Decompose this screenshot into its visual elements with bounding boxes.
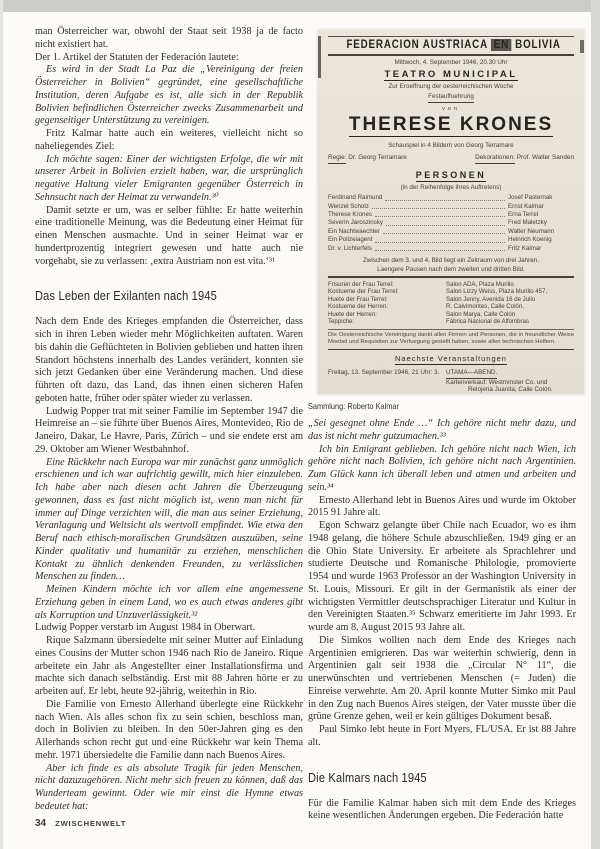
dotted-leader [383, 233, 505, 234]
cast-row: Ein NachtwaechterWalter Neumann [328, 228, 574, 236]
regie-credit: Regie: Dr. Georg Terramare [328, 154, 407, 164]
section-heading: Das Leben der Exilanten nach 1945 [35, 289, 271, 303]
credit-row: Huete der Frau Terrel:Salon Jenny, Aveni… [328, 296, 574, 304]
event-number: 3. [434, 369, 446, 377]
poster-rule [328, 54, 574, 56]
event-detail: Kartenverkauf: Westminster Co. und [434, 379, 574, 387]
credit-row: Teppiche:Fábrica Nacional de Alfombras [328, 318, 574, 326]
left-column: man Österreicher war, obwohl der Staat s… [35, 26, 303, 814]
quote-paragraph: Aber ich finde es als absolute Tragik fü… [35, 763, 303, 814]
federation-title-part: FEDERACION AUSTRIACA [346, 39, 487, 51]
fest-label: Festauffuehrung [428, 94, 474, 103]
paragraph: Egon Schwarz gelangte über Chile nach Ec… [308, 520, 576, 635]
quote-paragraph: Ich bin Emigrant geblieben. Ich gehöre n… [308, 444, 576, 495]
dotted-leader [372, 208, 505, 209]
page-footer: 34 ZWISCHENWELT [35, 818, 126, 829]
section-heading: Die Kalmars nach 1945 [308, 771, 544, 785]
venue-label: TEATRO MUNICIPAL [384, 70, 517, 82]
credit-row: Kostueme der Frau Terrel:Salon Lizzy Wei… [328, 288, 574, 296]
cast-role: Dr. v. Lichterfels [328, 245, 372, 253]
play-title-label: THERESE KRONES [349, 115, 553, 137]
supplier-credits: Frisuren der Frau Terrel:Salon ADA, Plaz… [328, 281, 574, 326]
scan-margin-left [0, 0, 3, 849]
event-body: 3.UTAMA—ABEND. Kartenverkauf: Westminste… [434, 369, 574, 394]
paragraph: Fritz Kalmar hatte auch ein weiteres, vi… [35, 128, 303, 154]
cast-role: Severin Jaroszinsky [328, 219, 383, 227]
right-column: FEDERACION AUSTRIACA EN BOLIVIA Mittwoch… [308, 26, 576, 823]
credits-line: Regie: Dr. Georg Terramare Dekorationen:… [328, 154, 574, 164]
credit-label: Kostueme der Frau Terrel: [328, 288, 446, 296]
personen-subheading: (in der Reihenfolge ihres Auftretens) [328, 184, 574, 192]
credit-value: Salon ADA, Plaza Murillo [446, 281, 574, 289]
theatre-playbill-image: FEDERACION AUSTRIACA EN BOLIVIA Mittwoch… [318, 30, 584, 394]
credit-label: Frisuren der Frau Terrel: [328, 281, 446, 289]
page-number: 34 [35, 818, 46, 829]
interval-note: Zwischen dem 3. und 4. Bild liegt ein Ze… [328, 257, 574, 265]
image-credit-caption: Sammlung: Roberto Kalmar [308, 402, 549, 411]
scan-margin-right [591, 0, 600, 849]
personen-heading: PERSONEN [328, 170, 574, 182]
cast-list: Ferdinand RaimundJosef Pasternak Wenzel … [328, 194, 574, 253]
personen-label: PERSONEN [416, 171, 487, 182]
event-date: Mittwoch, 4. September 1946, 20.30 Uhr [328, 59, 574, 67]
credit-label: Huete der Frau Terrel: [328, 296, 446, 304]
paragraph: man Österreicher war, obwohl der Staat s… [35, 26, 303, 52]
federation-title-part: BOLIVIA [515, 39, 561, 51]
next-events-heading: Naechste Veranstaltungen [328, 354, 574, 365]
cast-actor: Heinrich Koenig [508, 236, 574, 244]
deko-value: Prof. Walter Sanden [517, 154, 574, 161]
credit-label: Huete der Herren: [328, 311, 446, 319]
regie-label: Regie: [328, 155, 346, 164]
credit-value: R. Calvimontes, Calle Colón, [446, 303, 574, 311]
credit-row: Huete der Herren:Salon Marya, Calle Coló… [328, 311, 574, 319]
dotted-leader [386, 225, 505, 226]
credit-label: Kostueme der Herren: [328, 303, 446, 311]
quote-paragraph: Eine Rückkehr nach Europa war mir zunäch… [35, 457, 303, 585]
pause-note: Laengere Pausen nach dem zweiten und dri… [328, 266, 574, 274]
cast-row: Severin JaroszinskyFred Maletzky [328, 219, 574, 227]
regie-value: Dr. Georg Terramare [348, 154, 406, 161]
dotted-leader [385, 200, 505, 201]
cast-row: Wenzel ScholzErnst Kalmar [328, 203, 574, 211]
quote-paragraph: Es wird in der Stadt La Paz die „Vereini… [35, 64, 303, 128]
scan-artifact [318, 36, 321, 78]
dotted-leader [375, 242, 505, 243]
cast-role: Therese Krones [328, 211, 372, 219]
credit-row: Kostueme der Herren:R. Calvimontes, Call… [328, 303, 574, 311]
play-title: THERESE KRONES [328, 114, 574, 137]
scan-artifact [580, 40, 584, 53]
deko-label: Dekorationen: [475, 155, 515, 164]
cast-actor: Josef Pasternak [508, 194, 574, 202]
dotted-leader [375, 216, 505, 217]
cast-row: Dr. v. LichterfelsFritz Kalmar [328, 245, 574, 253]
cast-actor: Ernst Kalmar [508, 203, 574, 211]
paragraph: Der 1. Artikel der Statuten der Federaci… [35, 52, 303, 65]
cast-row: Therese KronesErna Terrel [328, 211, 574, 219]
deko-credit: Dekorationen: Prof. Walter Sanden [475, 154, 574, 164]
credit-row: Frisuren der Frau Terrel:Salon ADA, Plaz… [328, 281, 574, 289]
poster-rule [328, 276, 574, 278]
cast-row: Ein PolizeiagentHeinrich Koenig [328, 236, 574, 244]
paragraph: Die Familie von Ernesto Allerhand überle… [35, 699, 303, 763]
cast-actor: Fritz Kalmar [508, 245, 574, 253]
paragraph: Paul Simko lebt heute in Fort Myers, FL/… [308, 724, 576, 750]
event-title-line: 3.UTAMA—ABEND. [434, 369, 574, 379]
cast-actor: Walter Neumann [508, 228, 574, 236]
cast-row: Ferdinand RaimundJosef Pasternak [328, 194, 574, 202]
credit-value: Salon Jenny, Avenida 16 de Julio [446, 296, 574, 304]
venue-name: TEATRO MUNICIPAL [328, 69, 574, 82]
federation-title-highlight: EN [491, 39, 511, 51]
quote-paragraph: Ich möchte sagen: Einer der wichtigsten … [35, 154, 303, 205]
event-entry: Freitag, 13. September 1946, 21 Uhr: 3.U… [328, 369, 574, 394]
paragraph: Die Simkos wollten nach dem Ende des Kri… [308, 635, 576, 724]
quote-paragraph: „Sei gesegnet ohne Ende …“ Ich gehöre ni… [308, 418, 576, 444]
credit-value: Fábrica Nacional de Alfombras [446, 318, 574, 326]
poster-rule [328, 36, 574, 37]
event-title: UTAMA—ABEND. [446, 370, 497, 379]
next-events-label: Naechste Veranstaltungen [395, 355, 507, 365]
paragraph: Ludwig Popper trat mit seiner Familie im… [35, 406, 303, 457]
poster-rule [328, 329, 574, 330]
cast-role: Ein Nachtwaechter [328, 228, 380, 236]
cast-role: Wenzel Scholz [328, 203, 369, 211]
fest-line: Festauffuehrung [328, 93, 574, 103]
paragraph: Rique Salzmann übersiedelte mit seiner M… [35, 635, 303, 699]
von-line: von [328, 106, 574, 112]
dotted-leader [375, 250, 505, 251]
cast-actor: Erna Terrel [508, 211, 574, 219]
journal-name: ZWISCHENWELT [55, 819, 126, 828]
credit-value: Salon Lizzy Weiss, Plaza Murillo 457, [446, 288, 574, 296]
quote-paragraph: Meinen Kindern möchte ich vor allem eine… [35, 584, 303, 622]
paragraph: Nach dem Ende des Krieges empfanden die … [35, 316, 303, 405]
cast-actor: Fred Maletzky [508, 219, 574, 227]
event-date: Freitag, 13. September 1946, 21 Uhr: [328, 369, 434, 394]
event-detail: Relojeria Juanita, Calle Colón. [434, 386, 574, 394]
paragraph: Ernesto Allerhand lebt in Buenos Aires u… [308, 495, 576, 521]
scan-margin-top [0, 0, 600, 12]
cast-role: Ferdinand Raimund [328, 194, 382, 202]
play-subtitle: Schauspiel in 4 Bildern von Georg Terram… [328, 142, 574, 150]
paragraph: Damit setzte er um, was er selber fühlte… [35, 205, 303, 269]
poster-rule [328, 349, 574, 351]
federation-title: FEDERACION AUSTRIACA EN BOLIVIA [346, 39, 555, 51]
occasion-line: Zur Eroeffnung der oesterreichischen Woc… [328, 83, 574, 91]
credit-value: Salon Marya, Calle Colón [446, 311, 574, 319]
paragraph: Für die Familie Kalmar haben sich mit de… [308, 798, 576, 824]
paragraph: Ludwig Popper verstarb im August 1984 in… [35, 622, 303, 635]
credit-label: Teppiche: [328, 318, 446, 326]
thanks-note: Die Oesterreichische Vereinigung dankt a… [328, 332, 574, 346]
cast-role: Ein Polizeiagent [328, 236, 372, 244]
